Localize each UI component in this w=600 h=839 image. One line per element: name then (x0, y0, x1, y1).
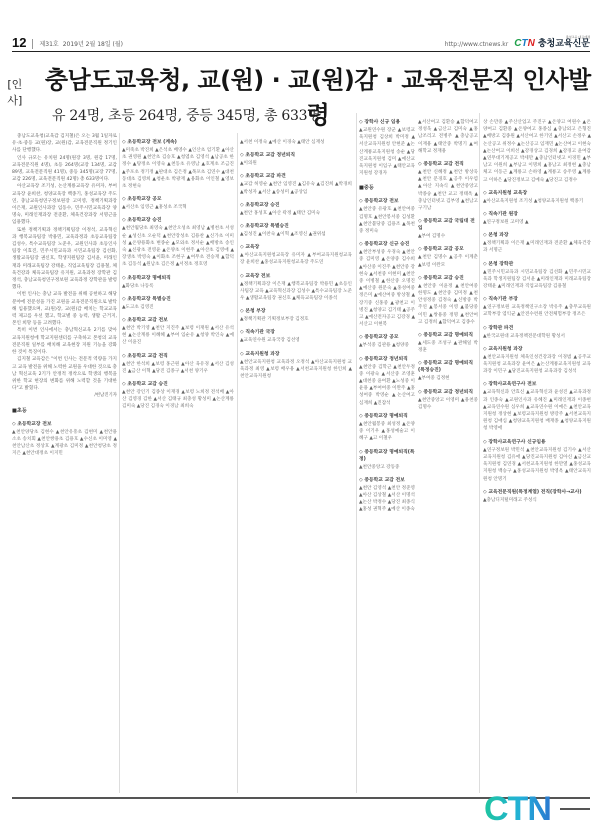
article-paragraph: 충남도교육청(교육감 김지철)은 오는 3월 1일자로 유·초·중등 교(원)장… (12, 133, 117, 155)
ctn-logo-icon: CTN (514, 39, 535, 49)
appointment-list: ▲천안중 유광호 ▲천안여중 김명호 ▲천안봉서중 김성환 ▲천안불당중 김용조… (359, 206, 415, 235)
appointment-list: ▲세도중 조성구 ▲관해일 박정훈 (418, 340, 478, 354)
appointment-list: ▲천안중앙고 강동중 (359, 464, 415, 471)
section-heading: ◇ 중등학교장 신규 승진 (359, 241, 415, 248)
section-heading: ◇ 초등학교장 특별승진 (122, 296, 234, 303)
section-heading: ◇ 교육장 (240, 244, 352, 251)
section-heading: ◇ 초등학교 교감 전보 (122, 317, 234, 324)
appointment-list: ▲김성진 ▲이찬숙 ▲이혁 ▲조영신 ▲권위섭 (240, 231, 352, 238)
section-heading: ◇ 본청 과장 (483, 232, 591, 239)
section-heading: ◇ 초등학교장 전보 (12, 421, 117, 428)
appointment-list: ▲천안 강인기 김종상 이재경 ▲보령 노희정 전석배 ▲아산 김영경 김한 ▲… (122, 389, 234, 411)
section-heading: ◇ 초등학교장 승진 (122, 217, 234, 224)
appointment-section: ▲서산여고 김환승 ▲합덕여고 정성욱 ▲금산고 김미숙 ▲홍남조리고 전병주 … (418, 119, 478, 155)
appointment-list: ▲천안양당초 김현수 ▲천안유흥초 김현미 ▲천안용소초 송치회 ▲천안쌍용초 … (12, 429, 117, 458)
appointment-section: ◇ 중등학교장 공모▲부석중 김관용 ▲청양중 (359, 334, 415, 349)
section-heading: ◇ 교육지원청 과장 (483, 346, 591, 353)
issue-date: 2019년 2월 18일 (월) (63, 41, 123, 49)
appointment-list: ▲교육혁신과 안효신 ▲교육혁신과 윤성진 ▲교육과정과 인종숙 ▲교원인사과 … (483, 389, 591, 432)
section-heading: ◇ 본청 장학관 (483, 261, 591, 268)
section-heading: ◇ 중등학교 교감 전보 (359, 477, 415, 484)
section-heading: ◇ 교육장 전보 (240, 273, 352, 280)
appointment-section: ◇ 초등학교장 승진▲천안 홍성호 ▲아산 곽정 ▲태안 김미숙 (240, 202, 352, 217)
appointment-list: ▲화당초 나동록 (122, 283, 234, 290)
appointment-list: ▲연구정보원 박민석 ▲천안교육지원청 김기수 ▲서산교육지원청 김유애 ▲당진… (483, 447, 591, 483)
appointment-list: ▲이의원 (240, 160, 352, 167)
appointment-section: ◇ 중등학교장 신규 승진▲천안부성중 우경숙 ▲천안중 김미영 ▲온양중 김수… (359, 241, 415, 328)
category-heading: ■중등 (359, 185, 415, 192)
column-3: ▲서천 이정숙 ▲예산 이경숙 ▲태안 심재성◇ 초등학교 교감 정년퇴직▲이의… (240, 133, 352, 793)
appointment-section: ◇ 초등학교장 전보 (계속)▲미죽초 박진희 ▲은석초 배영수 ▲인산초 엄기… (122, 139, 234, 190)
appointment-section: ◇ 중등학교장 명예퇴직▲천안월봉중 최성정 ▲온양중 이기우 ▲홍성예술고 이… (359, 413, 415, 443)
appointment-list: ▲교감 허영순 ▲천안 임영진 ▲김유숙 ▲김진희 ▲박경희 ▲박성자 ▲서산 … (240, 181, 352, 195)
section-heading: ◇ 장학사교육연구사 전보 (483, 381, 591, 388)
headline-tag: [인사] (0, 76, 30, 108)
section-heading: ◇ 장학사교육연구사 신규임용 (483, 439, 591, 446)
column-divider (237, 133, 238, 793)
column-divider (119, 133, 120, 793)
appointment-section: ◇ 중등학교 교감 승진▲천안중 이윤정 ▲천안여중 한명도 ▲천안중 김미정 … (418, 275, 478, 326)
appointment-section: ◇ 본청 과장▲정책기획과 이은재 ▲미래인재과 전준환 ▲체육건강과 서명근 (483, 232, 591, 254)
appointment-list: ▲충남디지털미래고 주성식 (483, 497, 591, 504)
section-heading: ◇ 직속기관 국장 (240, 329, 352, 336)
appointment-list: ▲천안교육지원청 교육과정 오정석 ▲아산교육지원청 교육과정 최영 ▲보령 배… (240, 359, 352, 381)
column-divider (356, 113, 357, 793)
article-paragraph: 특히 이번 인사에서는 충남혁신교육 2기를 맞아 교육지원청에 학교지원센터를… (12, 327, 117, 356)
ctn-footer-logo-icon: CTN (484, 792, 551, 826)
section-heading: ◇ 초등학교 교감 승진 (122, 381, 234, 388)
appointment-section: ◇ 교육지원청 교육장▲아산교육지원청 조기성 ▲청양교육지원청 백종기 (483, 190, 591, 205)
section-heading: ◇ 초등학교장 특별승진 (240, 223, 352, 230)
appointment-list: ▲교원연수원 장군 ▲보령교육지원청 김상희 박미정 ▲서산교육지원청 안현준 … (359, 127, 415, 177)
appointment-list: ▲도고초 김영진 (122, 304, 234, 311)
section-heading: ◇ 직속기관 부장 (483, 296, 591, 303)
appointment-section: ◇ 중등학교 교감 정년퇴직▲천안중앙고 이영미 ▲용천중 김명수 (418, 389, 478, 411)
column-1-sections: ■초등◇ 초등학교장 전보▲천안양당초 김현수 ▲천안유흥초 김현미 ▲천안용소… (12, 408, 117, 458)
section-heading: ◇ 교육전문직원(특정계열) 전직(장학사→교사) (483, 489, 591, 496)
appointment-list: ▲천안 김명수 ▲공주 이계춘 ▲보령 이완모 (418, 254, 478, 268)
footer-line (560, 808, 590, 810)
appointment-section: ◇ 중등학교 교감 국립대 전입▲부여 김명수 (418, 218, 478, 240)
section-heading: ◇ 중등학교장 공모 (359, 334, 415, 341)
appointment-section: ◇ 교육지원청 과장▲천안교육지원청 체육인성건강과장 이경범 ▲공주교육지원청… (483, 346, 591, 376)
appointment-list: ▲정책기획과장 이은재 ▲행복교육팀장 박용민 ▲초등인사팀장 교육 ▲교육혁신… (240, 281, 352, 303)
appointment-list: ▲천안교육지원청 체육인성건강과장 이경범 ▲공주교육지원청 교육과장 윤여은 … (483, 354, 591, 376)
section-heading: ◇ 중등학교장 정년퇴직 (359, 356, 415, 363)
appointment-section: ◇ 장학사교육연구사 전보▲교육혁신과 안효신 ▲교육혁신과 윤성진 ▲교육과정… (483, 381, 591, 432)
article-paragraph: 또한 정책기획과 정책기획팀장 이정석, 교육혁신과 행복교육팀장 박용민, 교… (12, 227, 117, 292)
appointment-section: ◇ 중등학교 교감 전보▲천안 김영석 ▲천안 정준영 ▲아산 김상철 ▲서산 … (359, 477, 415, 514)
appointment-section: ◇ 중등학교장 정년퇴직▲천안중 김학근 ▲천안두정중 이광숙 ▲서산중 조영훈… (359, 356, 415, 407)
article-paragraph: 이번 인사는 충남 교육 발전을 위해 공헌하고 해당 분야에 전문성을 가진 … (12, 291, 117, 327)
section-heading: ◇ 초등학교장 전보 (계속) (122, 139, 234, 146)
appointment-section: ◇ 초등학교장 특별승진▲김성진 ▲이찬숙 ▲이혁 ▲조영신 ▲권위섭 (240, 223, 352, 238)
appointment-list: ▲천안 김영석 ▲천안 정준영 ▲아산 김상철 ▲서산 이명석 ▲논산 박정수 … (359, 485, 415, 514)
appointment-list: ▲정책기획과 이은재 ▲미래인재과 전준환 ▲체육건강과 서명근 (483, 240, 591, 254)
appointment-list: ▲천안 박기영 ▲천안 지진주 ▲보령 이재원 ▲서산 유석현 ▲논산계룡 이혜… (122, 325, 234, 347)
appointment-list: ▲정책기획관 기획정보부장 김정호 (240, 316, 352, 323)
appointment-section: ◇ 중등학교장 명예퇴직(특정)▲천안중앙고 강동중 (359, 449, 415, 471)
appointment-list: ▲천안 신혜정 ▲천안 방상욱 ▲천안 문경호 ▲공주 이우염 ▲아산 지속식 … (418, 169, 478, 212)
column-6: 상 손만중 ▲주산산업고 주진구 ▲온양고 여원수 ▲온양여고 김환중 ▲온양여… (483, 113, 591, 793)
section-heading: ◇ 중등학교장 전보 (359, 198, 415, 205)
appointment-section: ◇ 초등학교 교감 정년퇴직▲이의원 (240, 152, 352, 167)
appointment-section: ■중등 (359, 185, 415, 192)
running-header-left: 12 제31호 2019년 2월 18일 (월) (12, 36, 123, 49)
appointment-section: ◇ 장학사 신규 임용▲교원연수원 장군 ▲보령교육지원청 김상희 박미정 ▲서… (359, 119, 415, 177)
section-heading: ◇ 초등학교 교감 정년퇴직 (240, 152, 352, 159)
appointment-list: ▲천안 홍성호 ▲아산 곽정 ▲태안 김미숙 (240, 210, 352, 217)
section-heading: ◇ 교육지원청 교육장 (483, 190, 591, 197)
appointment-list: ▲서천 이정숙 ▲예산 이경숙 ▲태안 심재성 (240, 139, 352, 146)
column-2: ◇ 초등학교장 전보 (계속)▲미죽초 박진희 ▲은석초 배영수 ▲인산초 엄기… (122, 133, 234, 793)
section-heading: ◇ 초등학교장 공모 (122, 196, 234, 203)
section-heading: ◇ 초등학교 교감 파견 (240, 173, 352, 180)
appointment-section: ◇ 초등학교장 특별승진▲도고초 김영진 (122, 296, 234, 311)
section-heading: ◇ 초등학교장 명예퇴직 (122, 275, 234, 282)
appointment-section: ▲서천 이정숙 ▲예산 이경숙 ▲태안 심재성 (240, 139, 352, 146)
section-heading: ◇ 초등학교 교감 전직 (122, 353, 234, 360)
page-number: 12 (12, 36, 26, 49)
appointment-section: ◇ 교육지원청 과장▲천안교육지원청 교육과정 오정석 ▲아산교육지원청 교육과… (240, 351, 352, 381)
running-header-right: http://www.ctnews.kr CTN 충청교육 대표매체 충청교육신… (445, 35, 590, 49)
appointment-list: ▲아산교육지원청교육장 유미자 ▲부여교육지원청교육장 윤희찬 ▲홍성교육지원청… (240, 252, 352, 266)
brand-name: 충청교육신문 (538, 39, 590, 49)
newspaper-page: 12 제31호 2019년 2월 18일 (월) http://www.ctne… (0, 0, 600, 839)
appointment-list: ▲천안중 이윤정 ▲천안여중 한명도 ▲천안중 김미정 ▲천안성정중 김정숙 ▲… (418, 283, 478, 326)
category-heading: ■초등 (12, 408, 117, 415)
section-heading: ◇ 중등학교장 명예퇴직(특정) (359, 449, 415, 463)
section-heading: ◇ 직속기관 원장 (483, 211, 591, 218)
appointment-section: ◇ 초등학교장 전보▲천안양당초 김현수 ▲천안유흥초 김현미 ▲천안용소초 송… (12, 421, 117, 458)
appointment-list: ▲아산교육지원청 조기성 ▲청양교육지원청 백종기 (483, 198, 591, 205)
appointment-section: ◇ 초등학교 교감 전보▲천안 박기영 ▲천안 지진주 ▲보령 이재원 ▲서산 … (122, 317, 234, 347)
appointment-section: ◇ 초등학교장 공모▲서산초 임영근 ▲홍성초 조국혁 (122, 196, 234, 211)
appointment-list: ▲천안월당초 최영숙 ▲천안오성초 최영남 ▲병천초 서성순 ▲성신초 오순덕 … (122, 225, 234, 268)
appointment-section: ◇ 초등학교 교감 승진▲천안 강인기 김종상 이재경 ▲보령 노희정 전석배 … (122, 381, 234, 411)
article-paragraph: 김지철 교육감은 "이번 인사는 전문적 역량을 가지고 교육 발전을 위해 노… (12, 356, 117, 392)
section-heading: ◇ 중등학교 교감 정년퇴직 (418, 389, 478, 396)
appointment-list: ▲천안중앙고 이영미 ▲용천중 김명수 (418, 397, 478, 411)
issue-number: 제31호 (39, 41, 58, 49)
appointment-list: ▲천안 한석희 ▲보령 홍근원 ▲아산 육유경 ▲서산 김성진 ▲금산 이혁 ▲… (122, 361, 234, 375)
article-paragraph: 인사 규모는 유치원 24명(원장 3명, 원감 17명, 교육전문직원 4명)… (12, 155, 117, 184)
section-heading: ◇ 장학관 파견 (483, 325, 591, 332)
section-heading: ◇ 본청 부장 (240, 308, 352, 315)
appointment-list: ▲천안중 김학근 ▲천안두정중 이광숙 ▲서산중 조영훈 ▲대천중 윤여환 ▲노… (359, 364, 415, 407)
appointment-section: ◇ 초등학교 교감 파견▲교감 허영순 ▲천안 임영진 ▲김유숙 ▲김진희 ▲박… (240, 173, 352, 195)
appointment-list: ▲서산여고 김환승 ▲합덕여고 정성욱 ▲금산고 김미숙 ▲홍남조리고 전병주 … (418, 119, 478, 155)
appointment-section: ◇ 중등학교 교감 명예퇴직(특정승진)▲부여중 김정현 (418, 360, 478, 382)
appointment-list: ▲연구정보원 고미영 ▲ (483, 219, 591, 226)
appointment-list: ▲민주시민교육과 시민교육팀장 김선화 ▲민주시민교육과 학생지원팀장 김서윤 … (483, 269, 591, 291)
appointment-section: ◇ 장학사교육연구사 신규임용▲연구정보원 박민석 ▲천안교육지원청 김기수 ▲… (483, 439, 591, 483)
appointment-list: ▲교육연수원 교육국장 김선영 (240, 337, 352, 344)
appointment-section: ◇ 중등학교 교감 공모▲천안 김명수 ▲공주 이계춘 ▲보령 이완모 (418, 246, 478, 268)
section-heading: ◇ 중등학교장 명예퇴직 (359, 413, 415, 420)
site-url[interactable]: http://www.ctnews.kr (445, 41, 509, 49)
appointment-list: ▲한국교원대 교육정책전문대학원 황성서 (483, 333, 591, 340)
appointment-list: ▲부석중 김관용 ▲청양중 (359, 342, 415, 349)
column-divider (479, 113, 480, 793)
subheadline: 유 24명, 초등 264명, 중등 345명, 총 633명 (52, 105, 320, 125)
appointment-list: ▲서산초 임영근 ▲홍성초 조국혁 (122, 204, 234, 211)
appointment-section: ◇ 중등학교 교감 전직▲천안 신혜정 ▲천안 방상욱 ▲천안 문경호 ▲공주 … (418, 161, 478, 212)
appointment-section: ◇ 직속기관 국장▲교육연수원 교육국장 김선영 (240, 329, 352, 344)
appointment-section: ◇ 장학관 파견▲한국교원대 교육정책전문대학원 황성서 (483, 325, 591, 340)
appointment-section: ◇ 직속기관 부장▲연구정보원 교육정책연구소장 박유주 ▲충무교육원 교학부장… (483, 296, 591, 318)
appointment-list: ▲연구정보원 교육정책연구소장 박유주 ▲충무교육원 교학부장 염익균 ▲안전수… (483, 304, 591, 318)
appointment-list: ▲미죽초 박진희 ▲은석초 배영수 ▲인산초 엄기환 ▲아산초 권영원 ▲천안초… (122, 147, 234, 190)
byline: /현남진기자 (12, 392, 117, 399)
appointment-section: ◇ 교육전문직원(특정계열) 전직(장학사→교사)▲충남디지털미래고 주성식 (483, 489, 591, 504)
header-divider (32, 39, 33, 49)
section-heading: ◇ 교육지원청 과장 (240, 351, 352, 358)
article-paragraph: 아산교육장 조기성, 논산계룡교육장 유미자, 부여교육장 윤희찬, 청양교육장… (12, 183, 117, 226)
column-5: ▲서산여고 김환승 ▲합덕여고 정성욱 ▲금산고 김미숙 ▲홍남조리고 전병주 … (418, 113, 478, 793)
appointment-list: ▲부여 김명수 (418, 233, 478, 240)
appointment-section: ◇ 초등학교 교감 전직▲천안 한석희 ▲보령 홍근원 ▲아산 육유경 ▲서산 … (122, 353, 234, 375)
section-heading: ◇ 중등학교 교감 명예퇴직 (418, 332, 478, 339)
appointment-section: ◇ 중등학교 교감 명예퇴직▲세도중 조성구 ▲관해일 박정훈 (418, 332, 478, 354)
section-heading: ◇ 중등학교 교감 전직 (418, 161, 478, 168)
appointment-section: ■초등 (12, 408, 117, 415)
appointment-section: ◇ 중등학교장 전보▲천안중 유광호 ▲천안여중 김명호 ▲천안봉서중 김성환 … (359, 198, 415, 235)
section-heading: ◇ 초등학교장 승진 (240, 202, 352, 209)
appointment-section: ◇ 초등학교장 명예퇴직▲화당초 나동록 (122, 275, 234, 290)
section-heading: ◇ 중등학교 교감 공모 (418, 246, 478, 253)
column-1: 충남도교육청(교육감 김지철)은 오는 3월 1일자로 유·초·중등 교(원)장… (12, 133, 117, 793)
section-heading: ◇ 중등학교 교감 승진 (418, 275, 478, 282)
brand: CTN 충청교육 대표매체 충청교육신문 (514, 35, 590, 49)
appointment-section: ◇ 교육장▲아산교육지원청교육장 유미자 ▲부여교육지원청교육장 윤희찬 ▲홍성… (240, 244, 352, 266)
column-4-cont: ◇ 장학사 신규 임용▲교원연수원 장군 ▲보령교육지원청 김상희 박미정 ▲서… (359, 113, 415, 793)
section-heading: ◇ 중등학교 교감 국립대 전입 (418, 218, 478, 232)
appointment-section: ◇ 교육장 전보▲정책기획과장 이은재 ▲행복교육팀장 박용민 ▲초등인사팀장 … (240, 273, 352, 303)
section-heading: ◇ 장학사 신규 임용 (359, 119, 415, 126)
brand-name-block: 충청교육 대표매체 충청교육신문 (538, 35, 590, 49)
appointment-list: 상 손만중 ▲주산산업고 주진구 ▲온양고 여원수 ▲온양여고 김환중 ▲온양여… (483, 119, 591, 184)
section-heading: ◇ 중등학교 교감 명예퇴직(특정승진) (418, 360, 478, 374)
appointment-section: ◇ 초등학교장 승진▲천안월당초 최영숙 ▲천안오성초 최영남 ▲병천초 서성순… (122, 217, 234, 268)
appointment-section: ◇ 직속기관 원장▲연구정보원 고미영 ▲ (483, 211, 591, 226)
appointment-list: ▲천안부성중 우경숙 ▲천안중 김미영 ▲온양중 김수희 ▲아산중 이진주 ▲천… (359, 249, 415, 328)
article-body: 충남도교육청(교육감 김지철)은 오는 3월 1일자로 유·초·중등 교(원)장… (12, 133, 117, 400)
running-header: 12 제31호 2019년 2월 18일 (월) http://www.ctne… (12, 36, 590, 52)
appointment-section: ◇ 본청 부장▲정책기획관 기획정보부장 김정호 (240, 308, 352, 323)
appointment-list: ▲천안월봉중 최성정 ▲온양중 이기우 ▲홍성예술고 이혜구 ▲고 이철우 (359, 421, 415, 443)
appointment-list: ▲부여중 김정현 (418, 375, 478, 382)
appointment-section: 상 손만중 ▲주산산업고 주진구 ▲온양고 여원수 ▲온양여고 김환중 ▲온양여… (483, 119, 591, 184)
appointment-section: ◇ 본청 장학관▲민주시민교육과 시민교육팀장 김선화 ▲민주시민교육과 학생지… (483, 261, 591, 291)
